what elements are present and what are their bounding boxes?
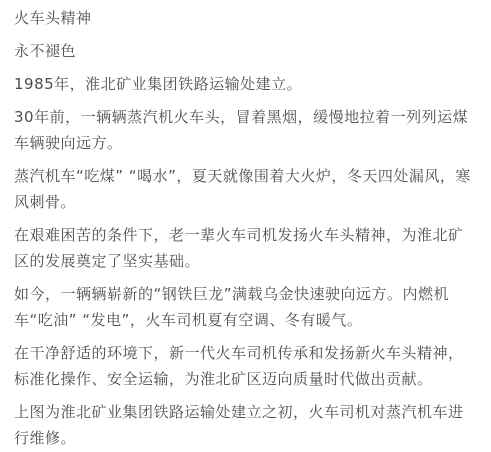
article-title: 火车头精神 [14, 5, 477, 31]
paragraph-steam-trains: 30年前，一辆辆蒸汽机火车头，冒着黑烟，缓慢地拉着一列列运煤车辆驶向远方。 [14, 104, 477, 156]
paragraph-new-generation: 在干净舒适的环境下，新一代火车司机传承和发扬新火车头精神，标准化操作、安全运输，… [14, 340, 477, 392]
paragraph-photo-caption: 上图为淮北矿业集团铁路运输处建立之初，火车司机对蒸汽机车进行维修。 [14, 399, 477, 451]
paragraph-old-drivers: 在艰难困苦的条件下，老一辈火车司机发扬火车头精神，为淮北矿区的发展奠定了坚实基础… [14, 222, 477, 274]
article-subtitle: 永不褪色 [14, 38, 477, 64]
paragraph-coal-water: 蒸汽机车“吃煤” “喝水”，夏天就像围着大火炉，冬天四处漏风，寒风刺骨。 [14, 163, 477, 215]
paragraph-modern-trains: 如今，一辆辆崭新的“钢铁巨龙”满载乌金快速驶向远方。内燃机车“吃油” “发电”，… [14, 281, 477, 333]
article: 火车头精神 永不褪色 1985年，淮北矿业集团铁路运输处建立。 30年前，一辆辆… [0, 0, 491, 452]
paragraph-founding: 1985年，淮北矿业集团铁路运输处建立。 [14, 71, 477, 97]
